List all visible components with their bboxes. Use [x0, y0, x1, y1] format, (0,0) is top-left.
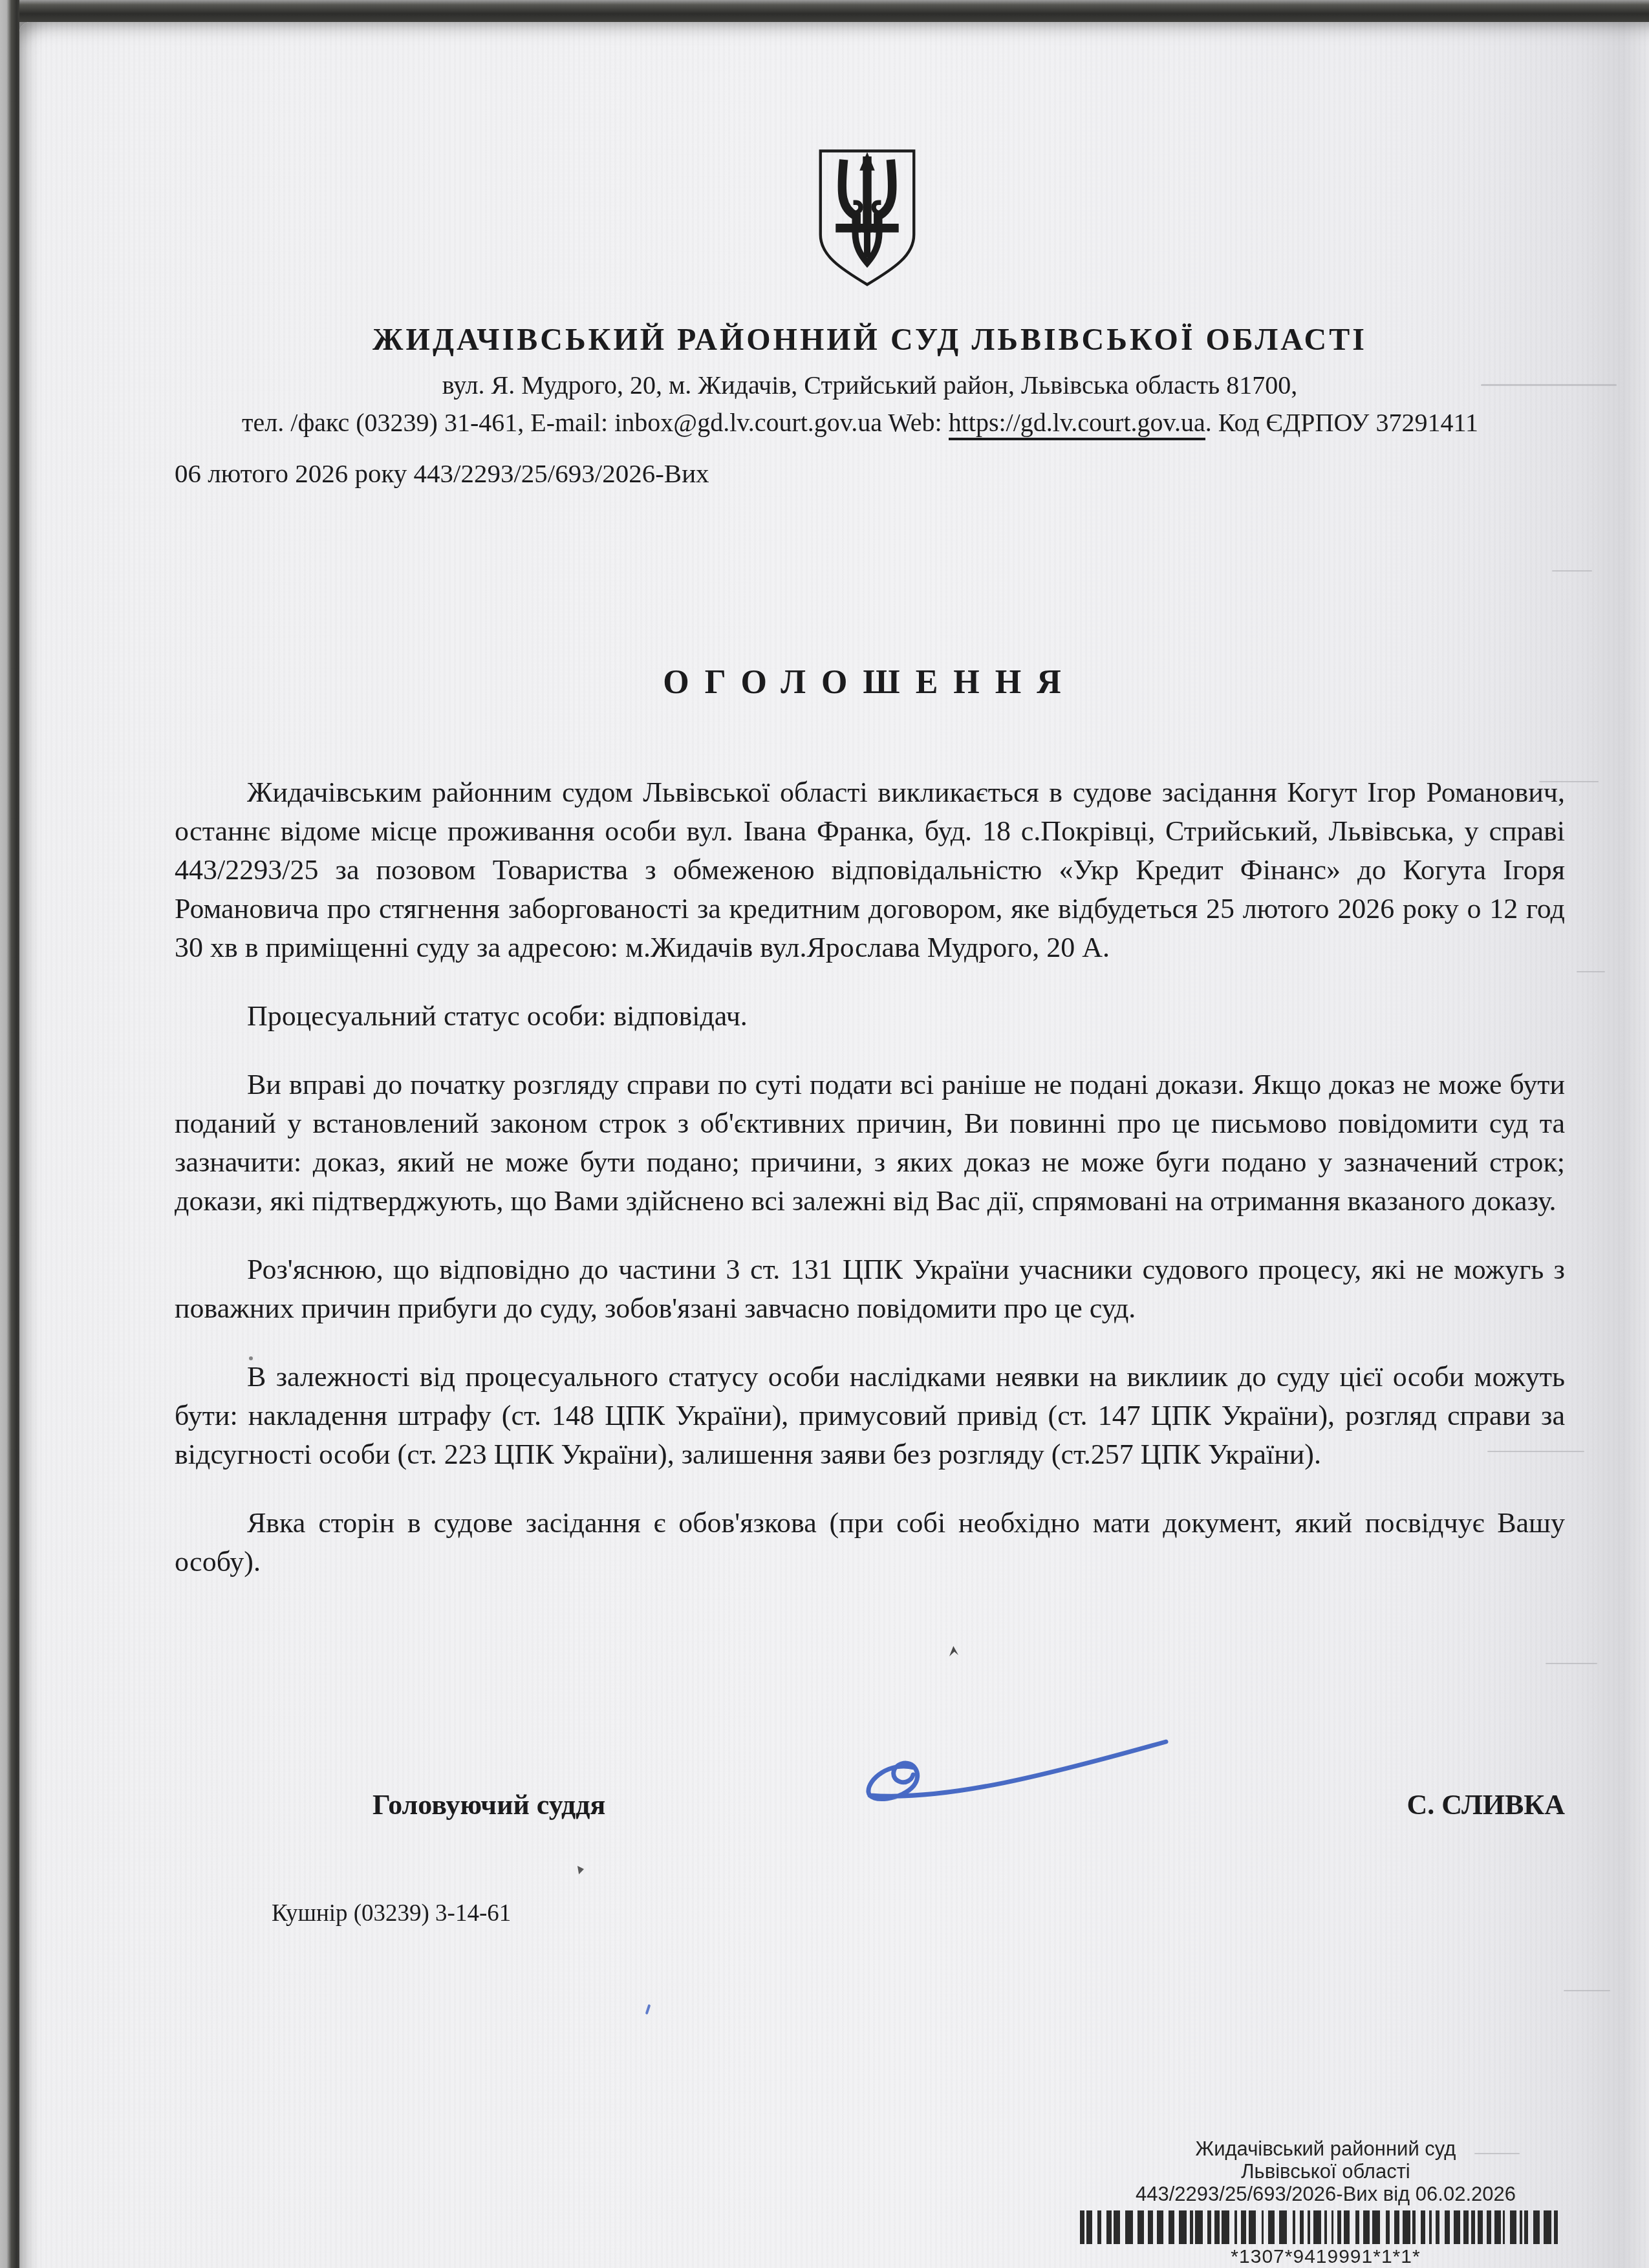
judge-signature-ink — [850, 1731, 1187, 1819]
paragraph-summons: Жидачівським районним судом Львівської о… — [175, 773, 1565, 967]
scan-artifact-dash — [1546, 1663, 1597, 1664]
contact-prefix: тел. /факс (03239) 31-461, E-mail: inbox… — [242, 408, 949, 437]
document-title: ОГОЛОШЕННЯ — [175, 663, 1565, 701]
contact-suffix: . Код ЄДРПОУ 37291411 — [1205, 408, 1478, 437]
ukraine-trident-emblem-icon — [813, 145, 921, 290]
scan-artifact-speck — [249, 1356, 253, 1360]
barcode — [1080, 2210, 1571, 2244]
scanner-edge-left — [0, 0, 19, 2268]
registration-stamp: Жидачівський районний суд Львівської обл… — [1070, 2137, 1581, 2268]
scan-artifact-dash — [1539, 781, 1599, 782]
stamp-court-line1: Жидачівський районний суд — [1070, 2137, 1581, 2160]
document-body: Жидачівським районним судом Львівської о… — [175, 773, 1565, 1611]
judge-name: С. СЛИВКА — [1407, 1788, 1566, 1821]
paragraph-status: Процесуальний статус особи: відповідач. — [175, 997, 1565, 1036]
court-website-url: https://gd.lv.court.gov.ua — [949, 408, 1205, 440]
paragraph-evidence: Ви вправі до початку розгляду справи по … — [175, 1065, 1565, 1221]
scanner-edge-top — [0, 0, 1649, 22]
paragraph-consequences: В залежності від процесуального статусу … — [175, 1358, 1565, 1474]
judge-title-label: Головуючий суддя — [372, 1788, 605, 1821]
court-name: ЖИДАЧІВСЬКИЙ РАЙОННИЙ СУД ЛЬВІВСЬКОЇ ОБЛ… — [129, 322, 1610, 358]
stamp-doc-number: 443/2293/25/693/2026-Вих від 06.02.2026 — [1070, 2183, 1581, 2205]
stamp-court-line2: Львівської області — [1070, 2160, 1581, 2183]
outgoing-date-number: 06 лютого 2026 року 443/2293/25/693/2026… — [175, 458, 709, 489]
scan-artifact-dash — [1474, 2153, 1520, 2154]
court-contacts: тел. /факс (03239) 31-461, E-mail: inbox… — [78, 407, 1643, 438]
scan-artifact-dash — [1552, 570, 1592, 572]
paragraph-attendance: Явка сторін в судове засідання є обов'яз… — [175, 1504, 1565, 1581]
court-announcement-scan: ЖИДАЧІВСЬКИЙ РАЙОННИЙ СУД ЛЬВІВСЬКОЇ ОБЛ… — [0, 0, 1649, 2268]
scan-artifact-dash — [1481, 384, 1617, 386]
barcode-value: *1307*9419991*1*1* — [1070, 2245, 1581, 2268]
scan-artifact-dash — [1577, 971, 1605, 972]
executor-contact: Кушнір (03239) 3-14-61 — [272, 1899, 511, 1927]
scan-artifact-dash — [1487, 1451, 1584, 1452]
scan-artifact-dash — [1564, 1990, 1610, 1991]
paragraph-article-131: Роз'яснюю, що відповідно до частини 3 ст… — [175, 1250, 1565, 1328]
court-address: вул. Я. Мудрого, 20, м. Жидачів, Стрийсь… — [129, 370, 1610, 400]
